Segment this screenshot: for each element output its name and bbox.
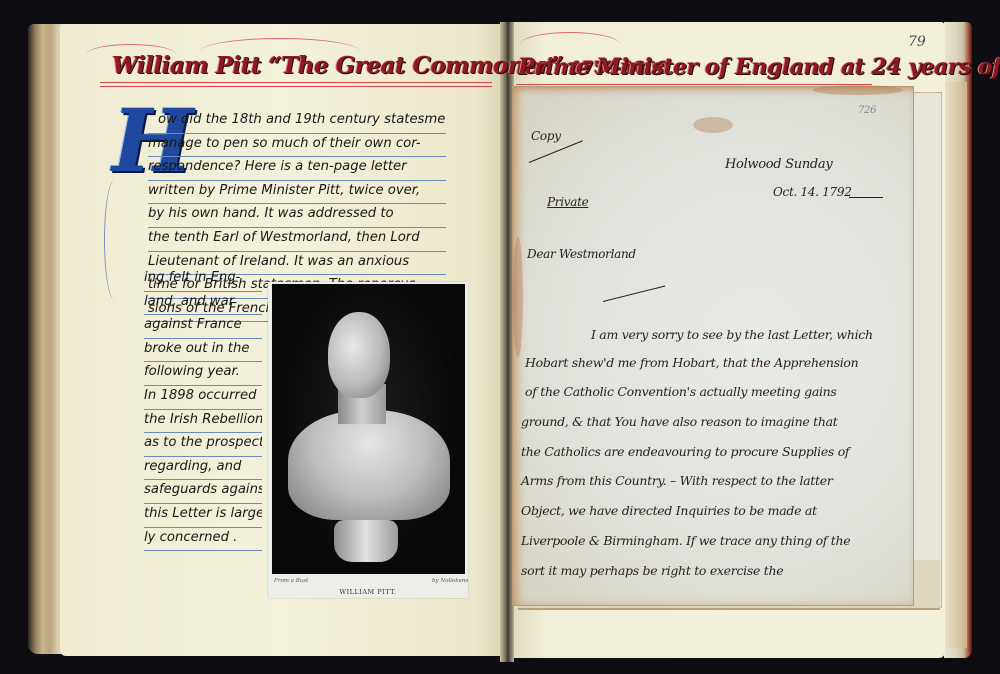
private-annotation: Private (547, 195, 588, 209)
letter-line: Liverpoole & Birmingham. If we trace any… (521, 533, 850, 548)
text-line: ing felt in Eng- (144, 268, 262, 292)
letter-salutation: Dear Westmorland (527, 247, 636, 261)
letter-date: Oct. 14. 1792 (773, 185, 852, 199)
text-line: regarding, and (144, 457, 262, 481)
letter-place-day: Holwood Sunday (725, 157, 832, 172)
drop-cap-flourish (104, 180, 125, 300)
pen-stroke (603, 286, 665, 302)
heading-rule (100, 82, 492, 83)
letter-line: the Catholics are endeavouring to procur… (521, 444, 849, 459)
photo-credit-source: From a Bust (274, 578, 308, 584)
text-line: by his own hand. It was addressed to (148, 204, 446, 228)
foxing-stain (693, 117, 733, 133)
calligraphy-column: ing felt in Eng- land, and war against F… (144, 268, 262, 551)
folio-number: 726 (858, 105, 876, 116)
letter-line: Arms from this Country. – With respect t… (521, 473, 833, 488)
text-line: this Letter is large- (144, 504, 262, 528)
text-line: ow did the 18th and 19th century statesm… (148, 110, 446, 134)
bust-pedestal (334, 520, 398, 562)
right-page-heading: Prime Minister of England at 24 years of… (518, 54, 1000, 80)
letter-line: ground, & that You have also reason to i… (521, 414, 837, 429)
heading-rule (516, 84, 872, 85)
copy-annotation: Copy (531, 129, 561, 143)
letter-line: of the Catholic Convention's actually me… (525, 384, 837, 399)
letter-line: sort it may perhaps be right to exercise… (521, 563, 783, 578)
text-line: against France (144, 315, 262, 339)
text-line: manage to pen so much of their own cor- (148, 134, 446, 158)
left-fore-edge (28, 24, 64, 654)
photo-caption: WILLIAM PITT. (268, 588, 468, 596)
text-line: as to the prospects (144, 433, 262, 457)
text-line: respondence? Here is a ten-page letter (148, 157, 446, 181)
bust-drapery (288, 410, 450, 520)
foxing-stain (813, 85, 903, 95)
text-line: land, and war (144, 292, 262, 316)
handwritten-letter: 726 Copy Holwood Sunday Oct. 14. 1792 Pr… (512, 86, 914, 606)
foxing-stain (513, 237, 523, 357)
bust-photograph (272, 284, 465, 574)
heading-rule (100, 86, 492, 87)
heading-title: William Pitt “The Great Commoner” (112, 52, 563, 79)
bust-head (328, 312, 390, 398)
text-line: broke out in the (144, 339, 262, 363)
text-line: the tenth Earl of Westmorland, then Lord (148, 228, 446, 252)
text-line: written by Prime Minister Pitt, twice ov… (148, 181, 446, 205)
photo-credit-sculptor: by Nollekens (432, 578, 468, 584)
text-line: following year. (144, 362, 262, 386)
text-line: In 1898 occurred (144, 386, 262, 410)
text-line: the Irish Rebellion, (144, 410, 262, 434)
text-line: safeguards against, (144, 480, 262, 504)
letter-line: Object, we have directed Inquiries to be… (521, 503, 817, 518)
pen-stroke (849, 197, 883, 198)
letter-line: Hobart shew'd me from Hobart, that the A… (525, 355, 858, 370)
pen-stroke (529, 140, 583, 163)
letter-line: I am very sorry to see by the last Lette… (591, 327, 873, 342)
text-line: ly concerned . (144, 528, 262, 552)
tipped-in-pages-edge (945, 82, 967, 648)
page-number: 79 (908, 34, 926, 50)
open-album: William Pitt “The Great Commoner” 1759-1… (0, 0, 1000, 674)
